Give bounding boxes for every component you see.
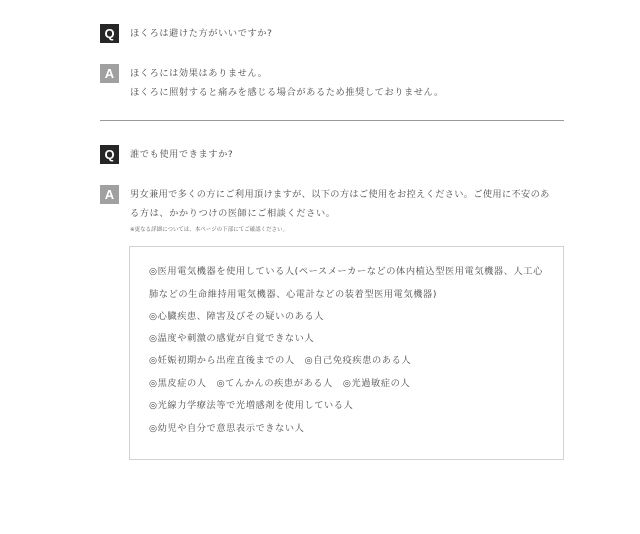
restrictions-box: ◎医用電気機器を使用している人(ペースメーカーなどの体内植込型医用電気機器、人工… (129, 246, 564, 460)
restriction-line: 肺などの生命維持用電気機器、心電計などの装着型医用電気機器) (149, 288, 437, 302)
restriction-line: ◎温度や刺激の感覚が自覚できない人 (149, 332, 314, 346)
answer-line: ほくろには効果はありません。 (130, 64, 564, 83)
answer-badge: A (100, 64, 119, 83)
restriction-item: ◎光過敏症の人 (343, 378, 410, 389)
restriction-item: ◎温度や刺激の感覚が自覚できない人 (149, 333, 314, 344)
restriction-line: ◎幼児や自分で意思表示できない人 (149, 422, 304, 436)
restriction-line: ◎黒皮症の人◎てんかんの疾患がある人◎光過敏症の人 (149, 377, 410, 391)
restriction-item: ◎自己免疫疾患のある人 (305, 355, 412, 366)
question-badge: Q (100, 24, 119, 43)
restriction-item: ◎光線力学療法等で光増感剤を使用している人 (149, 400, 353, 411)
question-text: 誰でも使用できますか? (130, 145, 564, 164)
restriction-item: ◎医用電気機器を使用している人(ペースメーカーなどの体内植込型医用電気機器、人工… (149, 266, 543, 277)
question-text: ほくろは避けた方がいいですか? (130, 24, 564, 43)
restriction-line: ◎光線力学療法等で光増感剤を使用している人 (149, 399, 353, 413)
section-divider (100, 120, 564, 121)
restriction-item: ◎妊娠初期から出産直後までの人 (149, 355, 295, 366)
restriction-line: ◎心臓疾患、障害及びその疑いのある人 (149, 310, 324, 324)
restriction-line: ◎妊娠初期から出産直後までの人◎自己免疫疾患のある人 (149, 354, 411, 368)
answer-line: 男女兼用で多くの方にご利用頂けますが、以下の方はご使用をお控えください。ご使用に… (130, 185, 564, 204)
restriction-item: ◎心臓疾患、障害及びその疑いのある人 (149, 311, 324, 322)
restriction-line: ◎医用電気機器を使用している人(ペースメーカーなどの体内植込型医用電気機器、人工… (149, 265, 543, 279)
answer-line: ほくろに照射すると痛みを感じる場合があるため推奨しておりません。 (130, 83, 564, 102)
question-badge: Q (100, 145, 119, 164)
restriction-item: ◎てんかんの疾患がある人 (217, 378, 333, 389)
answer-line: る方は、かかりつけの医師にご相談ください。 (130, 204, 564, 223)
restriction-item: ◎黒皮症の人 (149, 378, 207, 389)
answer-badge: A (100, 185, 119, 204)
restriction-item: ◎幼児や自分で意思表示できない人 (149, 423, 304, 434)
detail-note: ※更なる詳細については、本ページの下部にてご確認ください。 (130, 225, 288, 233)
restriction-item: 肺などの生命維持用電気機器、心電計などの装着型医用電気機器) (149, 289, 437, 300)
